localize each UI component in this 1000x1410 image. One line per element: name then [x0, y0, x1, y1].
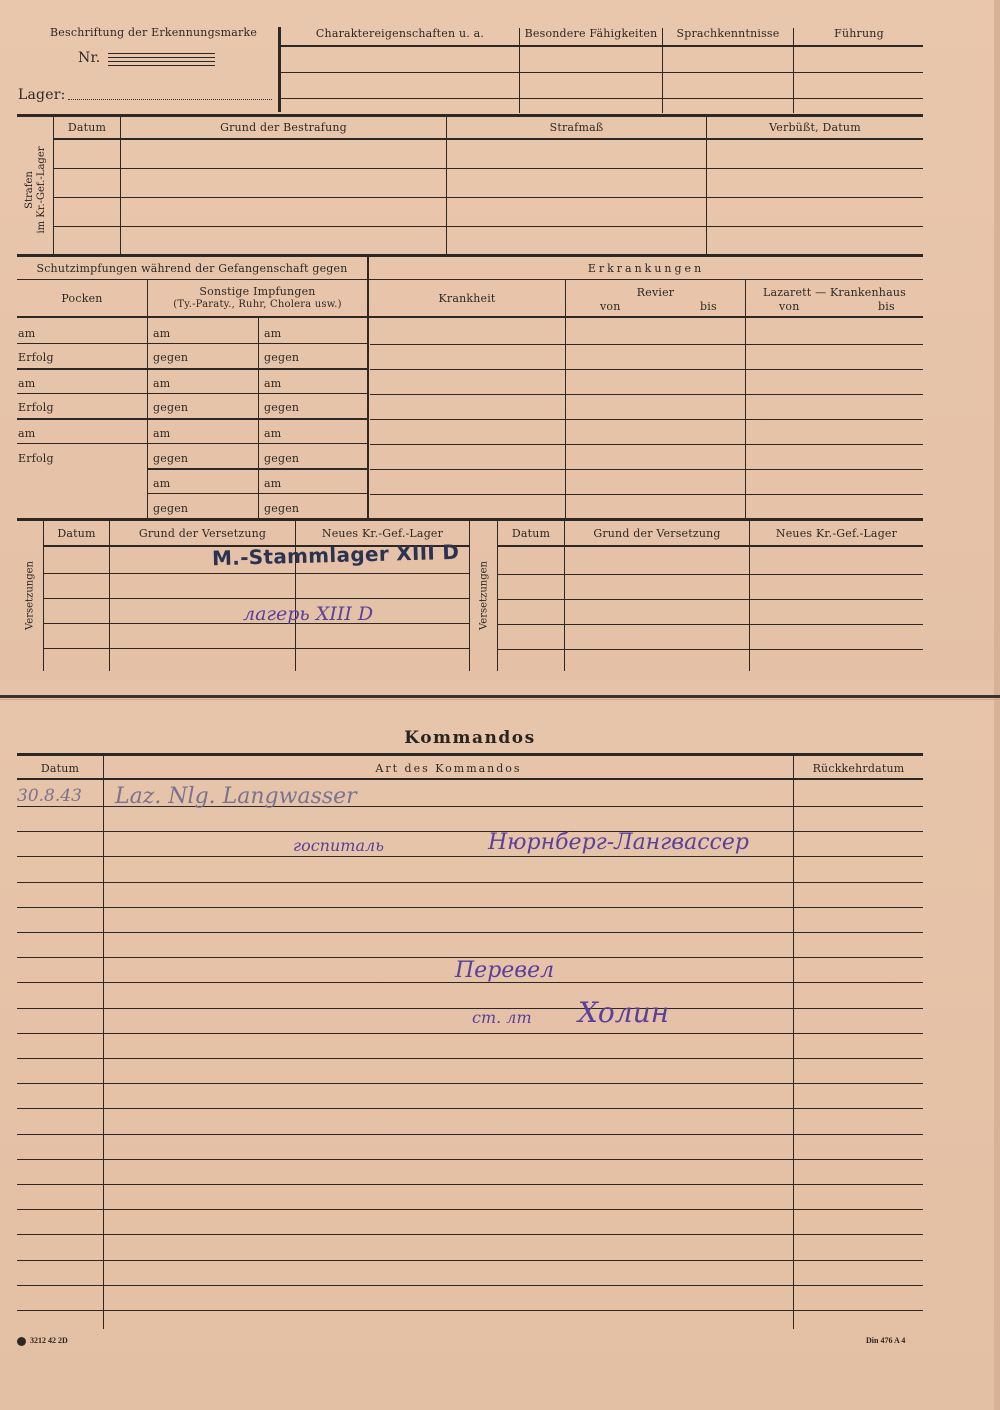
rule	[498, 599, 923, 600]
sonstige-gegen: gegen	[153, 401, 188, 414]
sonstige-am: am	[264, 477, 281, 490]
col-rueckkehr: Rückkehrdatum	[794, 762, 923, 775]
col-lazarett: Lazarett — Krankenhaus	[746, 286, 923, 299]
nr-line	[108, 61, 215, 62]
sonstige-gegen: gegen	[264, 351, 299, 364]
rule	[54, 226, 923, 227]
strafen-side-label: Strafenim Kr.-Gef.-Lager	[24, 140, 48, 240]
rule	[17, 778, 923, 780]
impfungen-title: Schutzimpfungen während der Gefangenscha…	[17, 262, 367, 275]
rule	[17, 1159, 923, 1160]
rule	[498, 545, 923, 547]
rule	[17, 907, 923, 908]
rule	[281, 98, 923, 99]
divider	[793, 756, 794, 1329]
divider	[469, 521, 470, 671]
sonstige-am: am	[153, 377, 170, 390]
signature-rank: ст. лт	[472, 1008, 532, 1027]
col-grund: Grund der Versetzung	[110, 527, 295, 540]
lager-label: Lager:	[18, 87, 66, 103]
nr-line	[108, 57, 215, 58]
rule	[17, 1008, 923, 1009]
nr-line	[108, 53, 215, 54]
marke-label: Beschriftung der Erkennungsmarke	[50, 26, 250, 39]
rule	[17, 1234, 923, 1235]
rule-thick	[17, 254, 923, 257]
rule	[17, 443, 367, 444]
col-datum-right: Datum	[498, 527, 564, 540]
pocken-am: am	[18, 377, 35, 390]
rule	[498, 624, 923, 625]
form-sheet	[0, 0, 1000, 1410]
rule	[17, 1033, 923, 1034]
col-verbuesst: Verbüßt, Datum	[707, 121, 923, 134]
rule	[370, 394, 923, 395]
page-fold-shadow	[0, 699, 1000, 700]
col-pocken: Pocken	[17, 292, 147, 305]
rule	[281, 45, 923, 47]
sonstige-am: am	[153, 427, 170, 440]
rule	[54, 197, 923, 198]
nr-line	[108, 65, 215, 66]
rule	[17, 343, 367, 344]
rule	[370, 369, 923, 370]
erkrankungen-title: Erkrankungen	[369, 262, 923, 275]
lager-field[interactable]	[68, 99, 272, 100]
sonstige-gegen: gegen	[264, 452, 299, 465]
col-sonstige-sub: (Ty.-Paraty., Ruhr, Cholera usw.)	[148, 299, 367, 310]
col-datum: Datum	[54, 121, 120, 134]
signature-perevel: Перевел	[455, 958, 554, 983]
sonstige-gegen: gegen	[264, 401, 299, 414]
lazarett-von: von	[779, 300, 800, 313]
rule-thick	[17, 518, 923, 521]
pocken-erfolg: Erfolg	[18, 452, 54, 465]
rule	[498, 649, 923, 650]
rule	[370, 444, 923, 445]
col-sprache: Sprachkenntnisse	[663, 27, 793, 40]
pocken-erfolg: Erfolg	[18, 351, 54, 364]
col-neues-lager-right: Neues Kr.-Gef.-Lager	[750, 527, 923, 540]
col-grund: Grund der Bestrafung	[121, 121, 446, 134]
rule	[54, 138, 923, 140]
entry-ink-hospital: госпиталь	[293, 836, 384, 855]
rule	[148, 493, 367, 494]
rule	[17, 1184, 923, 1185]
signature-name: Холин	[578, 996, 669, 1029]
entry-date: 30.8.43	[17, 786, 82, 806]
sonstige-am: am	[153, 327, 170, 340]
col-neues-lager: Neues Kr.-Gef.-Lager	[296, 527, 469, 540]
rule	[17, 831, 923, 832]
rule	[370, 344, 923, 345]
lazarett-bis: bis	[878, 300, 895, 313]
divider	[793, 28, 794, 113]
rule-thick	[17, 114, 923, 117]
divider	[745, 280, 746, 518]
sonstige-am: am	[153, 477, 170, 490]
rule	[17, 418, 367, 420]
rule	[17, 1285, 923, 1286]
sonstige-am: am	[264, 327, 281, 340]
divider	[662, 28, 663, 113]
handwritten-lager: лагерь XIII D	[243, 603, 373, 625]
col-fuehrung: Führung	[795, 27, 923, 40]
col-charakter: Charaktereigenschaften u. a.	[282, 27, 518, 40]
col-datum: Datum	[17, 762, 103, 775]
sonstige-gegen: gegen	[153, 351, 188, 364]
rule	[498, 574, 923, 575]
rule	[44, 598, 469, 599]
nr-label: Nr.	[78, 50, 100, 66]
versetzungen-side-label-right: Versetzungen	[479, 551, 490, 641]
versetzungen-side-label: Versetzungen	[25, 551, 36, 641]
divider	[103, 756, 104, 1329]
rule	[17, 1108, 923, 1109]
col-grund-right: Grund der Versetzung	[565, 527, 749, 540]
col-datum: Datum	[44, 527, 109, 540]
rule	[17, 279, 923, 280]
din-label: Din 476 A 4	[866, 1336, 905, 1345]
pocken-erfolg: Erfolg	[18, 401, 54, 414]
rule	[17, 1083, 923, 1084]
pocken-am: am	[18, 327, 35, 340]
col-art: Art des Kommandos	[104, 762, 793, 775]
rule	[17, 1310, 923, 1311]
col-faehigkeiten: Besondere Fähigkeiten	[520, 27, 662, 40]
rule	[44, 648, 469, 649]
page-fold	[0, 695, 1000, 698]
rule	[17, 1209, 923, 1210]
paper-edge	[994, 0, 1000, 1410]
col-sonstige: Sonstige Impfungen	[148, 285, 367, 298]
rule	[44, 573, 469, 574]
sonstige-gegen: gegen	[153, 502, 188, 515]
rule	[17, 393, 367, 394]
kommandos-title: Kommandos	[17, 728, 923, 748]
divider	[565, 280, 566, 518]
entry-ink-place: Нюрнберг-Лангвассер	[488, 830, 749, 855]
print-code: 3212 42 2D	[17, 1336, 68, 1346]
rule	[17, 368, 367, 370]
rule	[370, 494, 923, 495]
col-krankheit: Krankheit	[369, 292, 565, 305]
col-strafmass: Strafmaß	[447, 121, 706, 134]
printer-logo-icon	[17, 1337, 26, 1346]
rule	[54, 168, 923, 169]
sonstige-am: am	[264, 427, 281, 440]
revier-bis: bis	[700, 300, 717, 313]
rule-thick	[17, 753, 923, 756]
rule	[370, 419, 923, 420]
col-revier: Revier	[566, 286, 745, 299]
rule	[17, 1058, 923, 1059]
sonstige-gegen: gegen	[264, 502, 299, 515]
rule	[17, 932, 923, 933]
rule	[17, 1260, 923, 1261]
rule	[17, 856, 923, 857]
sonstige-gegen: gegen	[153, 452, 188, 465]
entry-text: Laz. Nlg. Langwasser	[115, 784, 357, 809]
rule	[148, 468, 367, 470]
divider	[519, 28, 520, 113]
rule	[370, 469, 923, 470]
divider	[278, 27, 281, 112]
rule	[17, 882, 923, 883]
rule	[17, 1134, 923, 1135]
rule	[281, 72, 923, 73]
rule	[17, 316, 923, 318]
pocken-am: am	[18, 427, 35, 440]
revier-von: von	[600, 300, 621, 313]
sonstige-am: am	[264, 377, 281, 390]
